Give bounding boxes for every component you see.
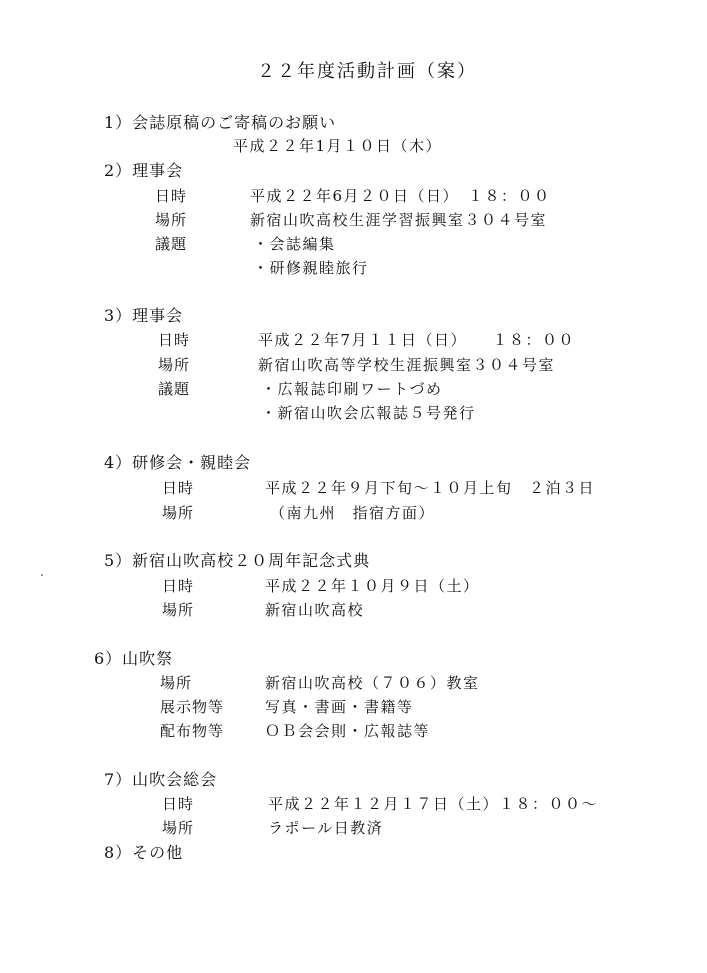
section-6-value-place: 新宿山吹高校（７０６）教室 xyxy=(265,673,480,693)
document-title: ２２年度活動計画（案） xyxy=(257,62,477,82)
section-2-label-datetime: 日時 xyxy=(155,186,187,206)
section-4-value-place: （南九州 指宿方面） xyxy=(270,503,435,523)
section-2-value-place: 新宿山吹高校生涯学習振興室３０４号室 xyxy=(250,210,547,230)
section-7-value-datetime: 平成２２年１２月１７日（土）１８：００～ xyxy=(268,794,598,814)
section-5-heading: 5）新宿山吹高校２０周年記念式典 xyxy=(104,551,370,571)
section-7-label-place: 場所 xyxy=(162,818,194,838)
section-3-value-datetime: 平成２２年7月１１日（日） １８：００ xyxy=(258,330,575,350)
scan-speck xyxy=(41,574,43,576)
section-8-heading: 8）その他 xyxy=(104,843,183,863)
section-5-label-datetime: 日時 xyxy=(162,576,194,596)
section-7-label-datetime: 日時 xyxy=(162,794,194,814)
section-5-value-datetime: 平成２２年１０月９日（土） xyxy=(265,576,480,596)
section-2-label-place: 場所 xyxy=(155,210,187,230)
section-1-date: 平成２２年1月１０日（木） xyxy=(233,136,442,156)
section-3-agenda-item: ・新宿山吹会広報誌５号発行 xyxy=(261,403,476,423)
section-6-label-handouts: 配布物等 xyxy=(160,721,224,741)
section-4-label-place: 場所 xyxy=(162,503,194,523)
section-4-heading: 4）研修会・親睦会 xyxy=(104,453,251,473)
section-3-label-agenda: 議題 xyxy=(158,379,190,399)
section-1-heading: 1）会誌原稿のご寄稿のお願い xyxy=(104,113,336,133)
section-2-value-datetime: 平成２２年6月２０日（日） １８：００ xyxy=(250,186,551,206)
section-2-label-agenda: 議題 xyxy=(155,234,187,254)
section-3-value-place: 新宿山吹高等学校生涯振興室３０４号室 xyxy=(258,355,555,375)
section-3-heading: 3）理事会 xyxy=(104,306,183,326)
section-7-value-place: ラポール日教済 xyxy=(268,818,383,838)
section-7-heading: 7）山吹会総会 xyxy=(104,770,217,790)
section-3-label-datetime: 日時 xyxy=(158,330,190,350)
section-2-agenda-item: ・研修親睦旅行 xyxy=(253,258,369,278)
section-4-label-datetime: 日時 xyxy=(162,478,194,498)
section-5-label-place: 場所 xyxy=(162,600,194,620)
section-3-label-place: 場所 xyxy=(158,355,190,375)
section-6-value-handouts: ＯＢ会会則・広報誌等 xyxy=(265,721,430,741)
section-6-heading: 6）山吹祭 xyxy=(94,649,173,669)
section-6-label-exhibits: 展示物等 xyxy=(160,697,224,717)
section-5-value-place: 新宿山吹高校 xyxy=(265,600,364,620)
section-2-heading: 2）理事会 xyxy=(104,161,183,181)
section-2-agenda-item: ・会誌編集 xyxy=(253,234,336,254)
section-6-value-exhibits: 写真・書画・書籍等 xyxy=(265,697,414,717)
section-6-label-place: 場所 xyxy=(160,673,192,693)
section-4-value-datetime: 平成２２年９月下旬～１０月上旬 ２泊３日 xyxy=(265,478,595,498)
section-3-agenda-item: ・広報誌印刷ワートづめ xyxy=(261,379,443,399)
